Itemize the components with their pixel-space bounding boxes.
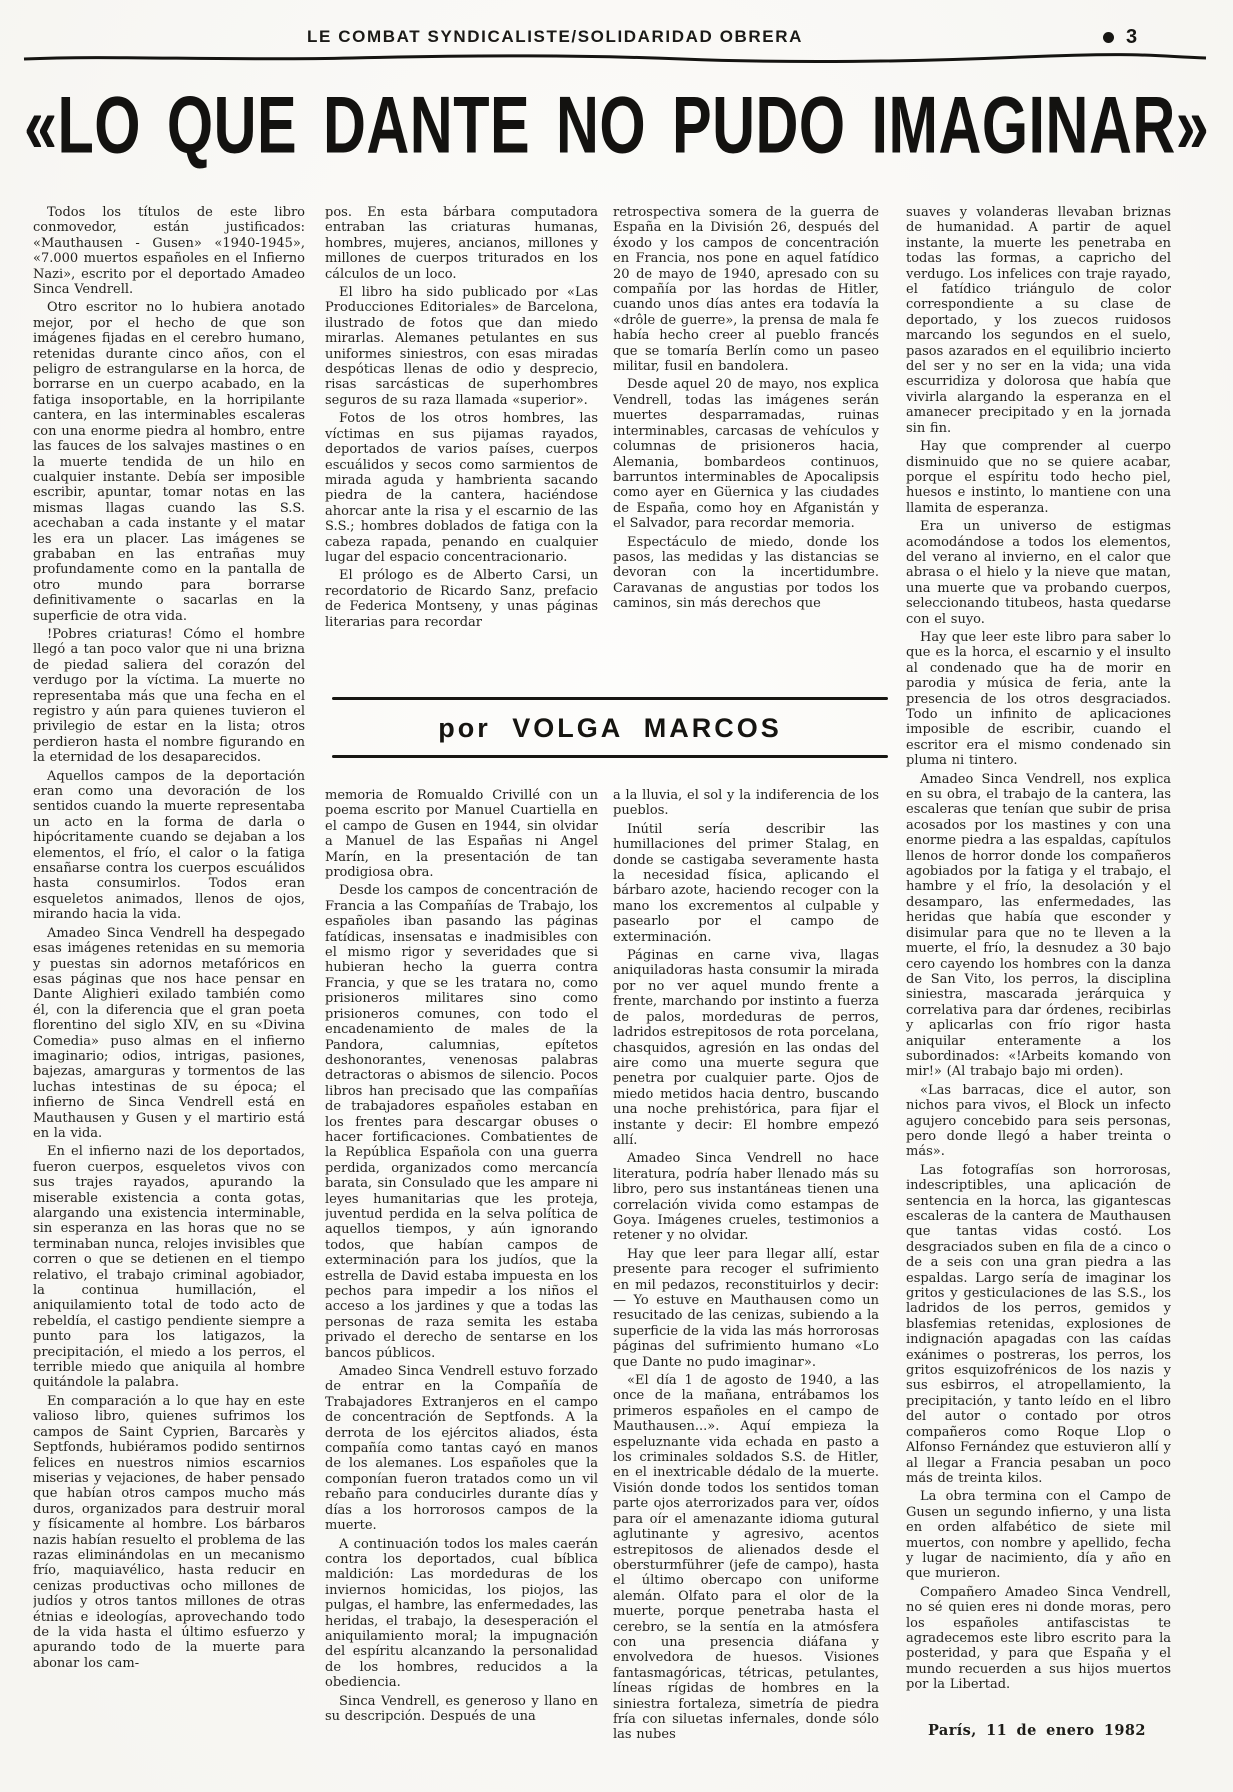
column-3-top: retrospectiva somera de la guerra de Esp… xyxy=(613,205,879,677)
paragraph: Hay que comprender al cuerpo disminuido … xyxy=(906,439,1171,516)
paragraph: Inútil sería describir las humillaciones… xyxy=(613,822,879,945)
column-2-bottom: memoria de Romualdo Crivillé con un poem… xyxy=(325,788,598,1743)
paragraph: Compañero Amadeo Sinca Vendrell, no sé q… xyxy=(906,1585,1171,1693)
byline-rule-bottom xyxy=(332,755,888,758)
paragraph: Fotos de los otros hombres, las víctimas… xyxy=(325,411,598,565)
paragraph: Todos los títulos de este libro conmoved… xyxy=(33,205,305,297)
byline: por VOLGA MARCOS xyxy=(332,713,888,744)
paragraph: En el infierno nazi de los deportados, f… xyxy=(33,1144,305,1391)
paragraph: memoria de Romualdo Crivillé con un poem… xyxy=(325,788,598,880)
paragraph: Desde aquel 20 de mayo, nos explica Vend… xyxy=(613,377,879,531)
paragraph: Amadeo Sinca Vendrell ha despegado esas … xyxy=(33,926,305,1142)
byline-box: por VOLGA MARCOS xyxy=(332,690,888,758)
paragraph: La obra termina con el Campo de Gusen un… xyxy=(906,1489,1171,1581)
paragraph: Amadeo Sinca Vendrell no hace literatura… xyxy=(613,1151,879,1243)
headline-text: «LO QUE DANTE NO PUDO IMAGINAR» xyxy=(24,79,1209,171)
dateline: París, 11 de enero 1982 xyxy=(928,1722,1178,1739)
paragraph: retrospectiva somera de la guerra de Esp… xyxy=(613,205,879,374)
paragraph: Hay que leer este libro para saber lo qu… xyxy=(906,630,1171,769)
paragraph: a la lluvia, el sol y la indiferencia de… xyxy=(613,788,879,819)
paragraph: Desde los campos de concentración de Fra… xyxy=(325,883,598,1361)
paragraph: Sinca Vendrell, es generoso y llano en s… xyxy=(325,1694,598,1725)
paragraph: El libro ha sido publicado por «Las Prod… xyxy=(325,285,598,408)
column-1: Todos los títulos de este libro conmoved… xyxy=(33,205,305,1743)
column-4: suaves y volanderas llevaban briznas de … xyxy=(906,205,1171,1717)
newspaper-title: LE COMBAT SYNDICALISTE/SOLIDARIDAD OBRER… xyxy=(0,27,1110,47)
paragraph: Otro escritor no lo hubiera anotado mejo… xyxy=(33,300,305,624)
paragraph: En comparación a lo que hay en este vali… xyxy=(33,1394,305,1671)
paragraph: Espectáculo de miedo, donde los pasos, l… xyxy=(613,535,879,612)
page-number: 3 xyxy=(1103,26,1137,49)
paragraph: «El día 1 de agosto de 1940, a las once … xyxy=(613,1373,879,1743)
paragraph: Aquellos campos de la deportación eran c… xyxy=(33,769,305,923)
paragraph: «Las barracas, dice el autor, son nichos… xyxy=(906,1083,1171,1160)
paragraph: Amadeo Sinca Vendrell, nos explica en su… xyxy=(906,772,1171,1080)
paragraph: A continuación todos los males caerán co… xyxy=(325,1537,598,1691)
paragraph: Páginas en carne viva, llagas aniquilado… xyxy=(613,948,879,1148)
paragraph: !Pobres criaturas! Cómo el hombre llegó … xyxy=(33,627,305,766)
column-3-bottom: a la lluvia, el sol y la indiferencia de… xyxy=(613,788,879,1748)
column-2-top: pos. En esta bárbara computadora entraba… xyxy=(325,205,598,673)
header-rule xyxy=(22,52,1208,64)
paragraph: suaves y volanderas llevaban briznas de … xyxy=(906,205,1171,436)
paragraph: pos. En esta bárbara computadora entraba… xyxy=(325,205,598,282)
newspaper-page: LE COMBAT SYNDICALISTE/SOLIDARIDAD OBRER… xyxy=(0,0,1233,1792)
page-number-text: 3 xyxy=(1126,26,1137,49)
paragraph: Las fotografías son horrorosas, indescri… xyxy=(906,1163,1171,1487)
bullet-icon xyxy=(1103,32,1114,43)
paragraph: El prólogo es de Alberto Carsi, un recor… xyxy=(325,568,598,630)
byline-rule-top xyxy=(332,697,888,700)
paragraph: Hay que leer para llegar allí, estar pre… xyxy=(613,1247,879,1370)
paragraph: Amadeo Sinca Vendrell estuvo forzado de … xyxy=(325,1364,598,1533)
headline: «LO QUE DANTE NO PUDO IMAGINAR» xyxy=(0,83,1233,152)
paragraph: Era un universo de estigmas acomodándose… xyxy=(906,519,1171,627)
